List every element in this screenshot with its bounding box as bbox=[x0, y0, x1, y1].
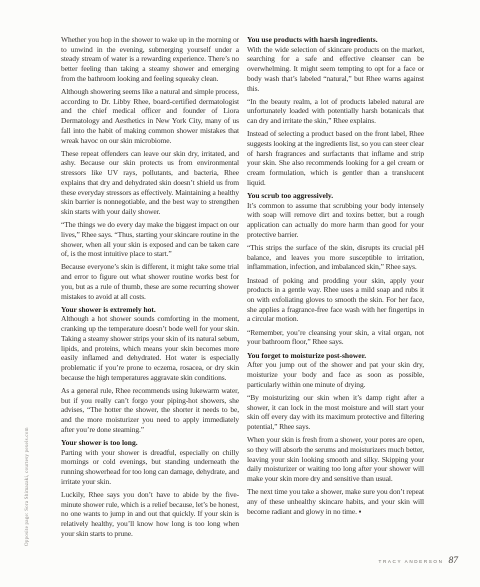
body-paragraph: Although a hot shower sounds comforting … bbox=[61, 314, 239, 382]
section-heading: You use products with harsh ingredients. bbox=[247, 35, 424, 45]
body-paragraph: After you jump out of the shower and pat… bbox=[247, 360, 424, 389]
section-heading: Your shower is extremely hot. bbox=[61, 305, 239, 315]
body-paragraph: “By moisturizing our skin when it’s damp… bbox=[247, 393, 424, 432]
body-paragraph: The next time you take a shower, make su… bbox=[247, 487, 424, 516]
body-paragraph: It’s common to assume that scrubbing you… bbox=[247, 201, 424, 240]
magazine-name: TRACY ANDERSON bbox=[379, 559, 444, 564]
section-heading: You scrub too aggressively. bbox=[247, 191, 424, 201]
body-paragraph: “This strips the surface of the skin, di… bbox=[247, 243, 424, 272]
body-paragraph: “In the beauty realm, a lot of products … bbox=[247, 97, 424, 126]
body-paragraph: Whether you hop in the shower to wake up… bbox=[61, 35, 239, 84]
section-heading: Your shower is too long. bbox=[61, 438, 239, 448]
photo-credit-vertical: Opposite page: Sora Shimazaki, courtesy … bbox=[25, 427, 30, 546]
body-paragraph: Although showering seems like a natural … bbox=[61, 87, 239, 145]
body-paragraph: When your skin is fresh from a shower, y… bbox=[247, 435, 424, 484]
body-paragraph: “The things we do every day make the big… bbox=[61, 220, 239, 259]
magazine-page: Opposite page: Sora Shimazaki, courtesy … bbox=[0, 0, 480, 587]
body-paragraph: Because everyone’s skin is different, it… bbox=[61, 262, 239, 301]
article-column-right: You use products with harsh ingredients.… bbox=[247, 35, 424, 538]
body-paragraph: With the wide selection of skincare prod… bbox=[247, 45, 424, 94]
article-column-left: Whether you hop in the shower to wake up… bbox=[61, 35, 239, 551]
body-paragraph: These repeat offenders can leave our ski… bbox=[61, 149, 239, 217]
body-paragraph: Instead of poking and prodding your skin… bbox=[247, 276, 424, 325]
section-heading: You forget to moisturize post-shower. bbox=[247, 351, 424, 361]
body-paragraph: Luckily, Rhee says you don’t have to abi… bbox=[61, 490, 239, 539]
body-paragraph: “Remember, you’re cleansing your skin, a… bbox=[247, 328, 424, 347]
body-paragraph: Parting with your shower is dreadful, es… bbox=[61, 448, 239, 487]
body-paragraph: Instead of selecting a product based on … bbox=[247, 129, 424, 187]
body-paragraph: As a general rule, Rhee recommends using… bbox=[61, 386, 239, 435]
page-footer: TRACY ANDERSON 87 bbox=[379, 556, 458, 566]
page-number: 87 bbox=[449, 556, 459, 566]
